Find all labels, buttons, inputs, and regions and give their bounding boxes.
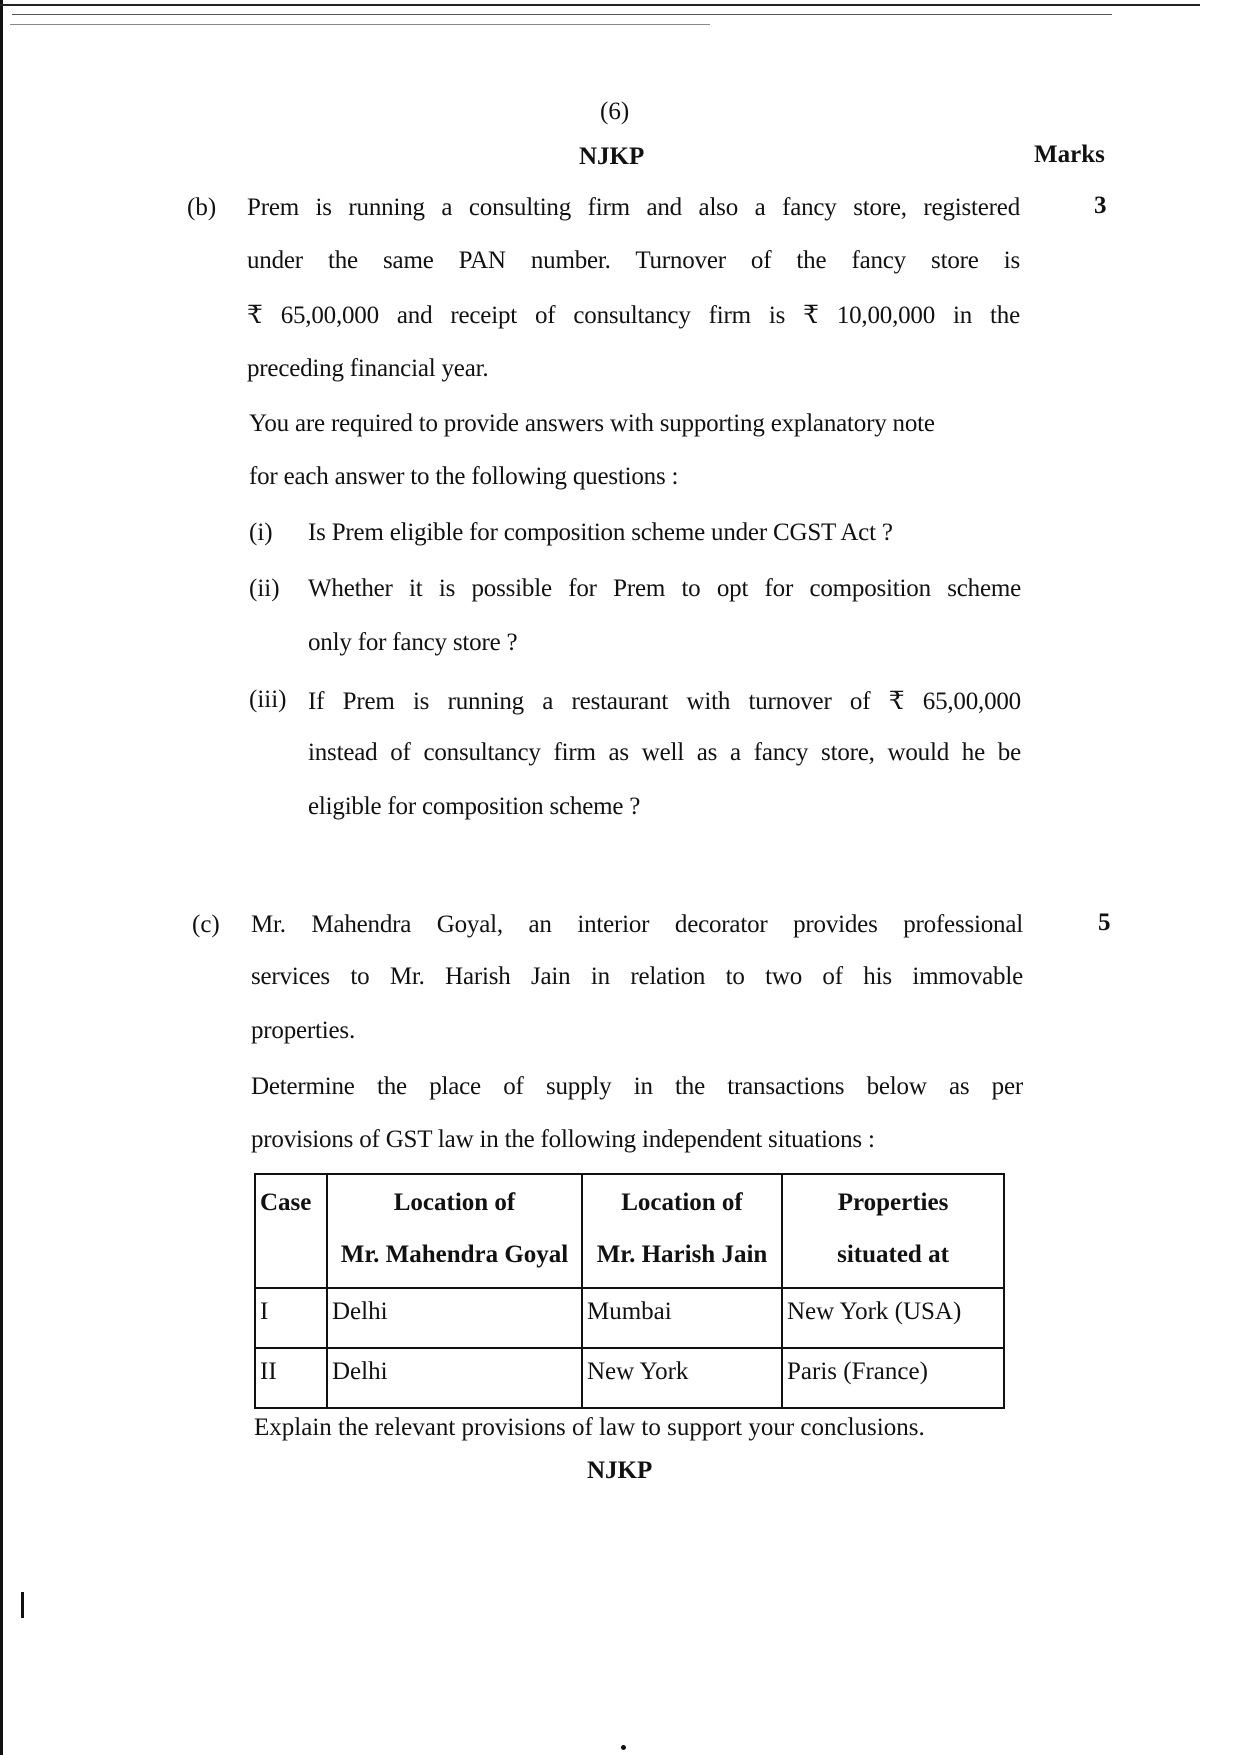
closing-instruction: Explain the relevant provisions of law t… [254,1414,925,1442]
question-text-line: Mr. Mahendra Goyal, an interior decorato… [251,911,1023,939]
question-marks: 3 [1094,192,1107,220]
cell-recipient-location: Mumbai [582,1288,782,1348]
paper-code-top: NJKP [579,143,644,171]
sub-question-label: (i) [249,519,273,547]
sub-question-label: (ii) [249,575,280,603]
question-text-line: properties. [251,1017,355,1045]
cell-supplier-location: Delhi [327,1348,582,1408]
sub-question-text: only for fancy store ? [308,629,517,657]
header-case: Case [255,1174,327,1288]
sub-question-text: eligible for composition scheme ? [308,793,640,821]
sub-question-text: instead of consultancy firm as well as a… [308,739,1021,767]
question-marks: 5 [1098,909,1111,937]
question-text-line: preceding financial year. [247,355,488,383]
question-text-line: services to Mr. Harish Jain in relation … [251,963,1023,991]
cell-property-location: Paris (France) [782,1348,1004,1408]
sub-question-text: If Prem is running a restaurant with tur… [308,686,1021,716]
cell-case: II [255,1348,327,1408]
question-text-line: under the same PAN number. Turnover of t… [247,247,1020,275]
instruction-line: You are required to provide answers with… [249,410,935,438]
marks-heading: Marks [1034,141,1105,169]
header-recipient-location: Location ofMr. Harish Jain [582,1174,782,1288]
cell-property-location: New York (USA) [782,1288,1004,1348]
table-row: I Delhi Mumbai New York (USA) [255,1288,1004,1348]
cell-supplier-location: Delhi [327,1288,582,1348]
sub-question-label: (iii) [249,686,287,714]
question-text-line: ₹ 65,00,000 and receipt of consultancy f… [247,300,1020,330]
scan-artifact-line [0,4,1200,6]
scan-mark [21,1592,24,1618]
paper-code-bottom: NJKP [587,1457,652,1485]
instruction-line: Determine the place of supply in the tra… [251,1073,1023,1101]
cell-recipient-location: New York [582,1348,782,1408]
page-number: (6) [600,98,629,126]
scan-artifact-line [10,24,710,25]
question-text-line: Prem is running a consulting firm and al… [247,194,1020,222]
scan-edge [0,0,3,1755]
place-of-supply-table: Case Location ofMr. Mahendra Goyal Locat… [254,1173,1005,1409]
question-label: (c) [192,911,220,939]
sub-question-text: Is Prem eligible for composition scheme … [308,519,893,547]
table-header-row: Case Location ofMr. Mahendra Goyal Locat… [255,1174,1004,1288]
cell-case: I [255,1288,327,1348]
instruction-line: for each answer to the following questio… [249,463,678,491]
header-property-location: Propertiessituated at [782,1174,1004,1288]
scan-dot [621,1745,626,1750]
table-row: II Delhi New York Paris (France) [255,1348,1004,1408]
sub-question-text: Whether it is possible for Prem to opt f… [308,575,1021,603]
header-supplier-location: Location ofMr. Mahendra Goyal [327,1174,582,1288]
question-label: (b) [187,194,216,222]
scan-artifact-line [12,14,1112,15]
instruction-line: provisions of GST law in the following i… [251,1126,875,1154]
